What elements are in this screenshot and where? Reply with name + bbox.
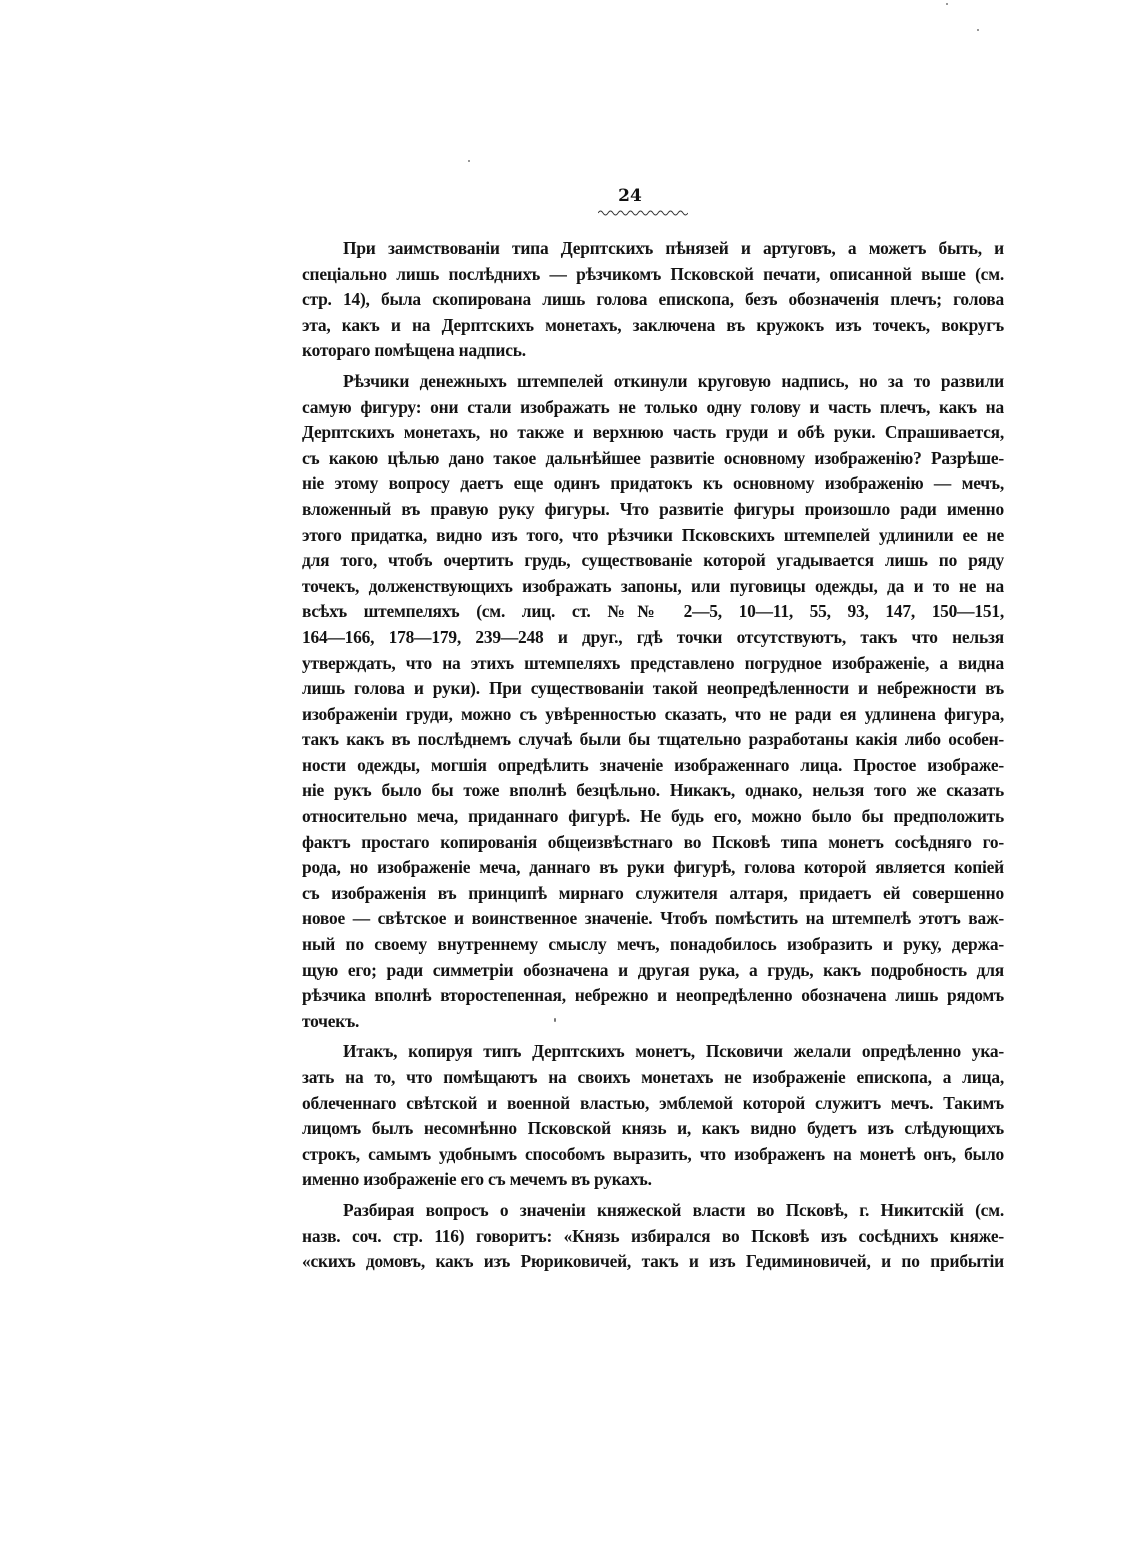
- text-line: точекъ, долженствующихъ изображать запон…: [302, 574, 1004, 600]
- text-line: назв. соч. стр. 116) говоритъ: «Князь из…: [302, 1224, 1004, 1250]
- scan-speck: [977, 29, 979, 31]
- text-line: для того, чтобъ очертить грудь, существо…: [302, 548, 1004, 574]
- text-line: спеціально лишь послѣднихъ — рѣзчикомъ П…: [302, 262, 1004, 288]
- text-line: Дерптскихъ монетахъ, но также и верхнюю …: [302, 420, 1004, 446]
- text-line: съ изображенія въ принципѣ мирнаго служи…: [302, 881, 1004, 907]
- text-line: точекъ.: [302, 1009, 1004, 1035]
- text-line: этого придатка, видно изъ того, что рѣзч…: [302, 523, 1004, 549]
- text-line: фактъ простаго копированія общеизвѣстнаг…: [302, 830, 1004, 856]
- text-line: относительно меча, приданнаго фигурѣ. Не…: [302, 804, 1004, 830]
- paragraph-1: При заимствованіи типа Дерптскихъ пѣнязе…: [302, 236, 1004, 364]
- text-line: такъ какъ въ послѣднемъ случаѣ были бы т…: [302, 727, 1004, 753]
- scan-speck: [468, 160, 470, 162]
- text-line: утверждать, что на этихъ штемпеляхъ пред…: [302, 651, 1004, 677]
- text-line: При заимствованіи типа Дерптскихъ пѣнязе…: [302, 236, 1004, 262]
- wavy-rule-ornament: [598, 208, 688, 216]
- text-line: самую фигуру: они стали изображать не то…: [302, 395, 1004, 421]
- text-line: новое — свѣтское и воинственное значеніе…: [302, 906, 1004, 932]
- text-line: облеченнаго свѣтской и военной властью, …: [302, 1091, 1004, 1117]
- paragraph-2: Рѣзчики денежныхъ штемпелей откинули кру…: [302, 369, 1004, 1034]
- text-line: строкъ, самымъ удобнымъ способомъ вырази…: [302, 1142, 1004, 1168]
- body-text: При заимствованіи типа Дерптскихъ пѣнязе…: [302, 236, 1004, 1280]
- scan-speck: [946, 3, 948, 5]
- text-line: вложенный въ правую руку фигуры. Что раз…: [302, 497, 1004, 523]
- text-line: всѣхъ штемпеляхъ (см. лиц. ст. №№ 2—5, 1…: [302, 599, 1004, 625]
- text-line: съ какою цѣлью дано такое дальнѣйшее раз…: [302, 446, 1004, 472]
- page-number: 24: [560, 186, 700, 206]
- text-line: Разбирая вопросъ о значеніи княжеской вл…: [302, 1198, 1004, 1224]
- text-line: изображеніи груди, можно съ увѣренностью…: [302, 702, 1004, 728]
- text-line: ный по своему внутреннему смыслу мечъ, п…: [302, 932, 1004, 958]
- text-line: Рѣзчики денежныхъ штемпелей откинули кру…: [302, 369, 1004, 395]
- paragraph-4: Разбирая вопросъ о значеніи княжеской вл…: [302, 1198, 1004, 1275]
- text-line: лишь голова и руки). При существованіи т…: [302, 676, 1004, 702]
- scanned-page: 24 При заимствованіи типа Дерптскихъ пѣн…: [0, 0, 1140, 1548]
- text-line: «скихъ домовъ, какъ изъ Рюриковичей, так…: [302, 1249, 1004, 1275]
- text-line: щую его; ради симметріи обозначена и дру…: [302, 958, 1004, 984]
- text-line: ніе рукъ было бы тоже вполнѣ безцѣльно. …: [302, 778, 1004, 804]
- text-line: 164—166, 178—179, 239—248 и друг., гдѣ т…: [302, 625, 1004, 651]
- text-line: именно изображеніе его съ мечемъ въ рука…: [302, 1167, 1004, 1193]
- text-line: зать на то, что помѣщаютъ на своихъ моне…: [302, 1065, 1004, 1091]
- text-line: рѣзчика вполнѣ второстепенная, небрежно …: [302, 983, 1004, 1009]
- text-line: котораго помѣщена надпись.: [302, 338, 1004, 364]
- paragraph-3: Итакъ, копируя типъ Дерптскихъ монетъ, П…: [302, 1039, 1004, 1193]
- text-line: ніе этому вопросу даетъ еще одинъ придат…: [302, 471, 1004, 497]
- text-line: рода, но изображеніе меча, даннаго въ ру…: [302, 855, 1004, 881]
- text-line: стр. 14), была скопирована лишь голова е…: [302, 287, 1004, 313]
- text-line: Итакъ, копируя типъ Дерптскихъ монетъ, П…: [302, 1039, 1004, 1065]
- text-line: ности одежды, могшія опредѣлить значеніе…: [302, 753, 1004, 779]
- text-line: эта, какъ и на Дерптскихъ монетахъ, закл…: [302, 313, 1004, 339]
- text-line: лицомъ былъ несомнѣнно Псковской князь и…: [302, 1116, 1004, 1142]
